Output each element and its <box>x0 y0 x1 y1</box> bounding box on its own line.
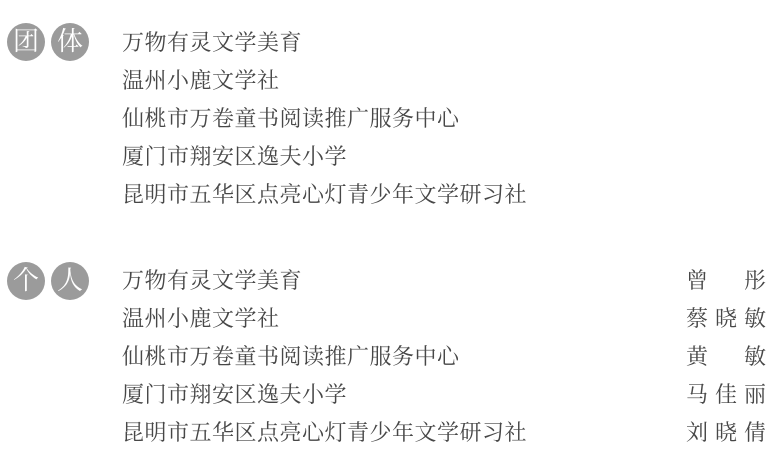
list-item: 昆明市五华区点亮心灯青少年文学研习社 <box>122 174 766 212</box>
org-name: 温州小鹿文学社 <box>122 64 280 95</box>
list-item: 仙桃市万卷童书阅读推广服务中心 <box>122 98 766 136</box>
org-name: 万物有灵文学美育 <box>122 264 302 295</box>
badge-char-ti: 体 <box>51 23 89 61</box>
list-item: 温州小鹿文学社 <box>122 60 766 98</box>
list-item: 厦门市翔安区逸夫小学 马佳丽 <box>122 374 766 412</box>
org-name: 仙桃市万卷童书阅读推广服务中心 <box>122 102 460 133</box>
individual-section-badge: 个 人 <box>7 262 89 300</box>
person-name: 刘晓倩 <box>686 416 766 447</box>
list-item: 万物有灵文学美育 <box>122 22 766 60</box>
org-name: 万物有灵文学美育 <box>122 26 302 57</box>
group-list: 万物有灵文学美育 温州小鹿文学社 仙桃市万卷童书阅读推广服务中心 厦门市翔安区逸… <box>122 22 766 212</box>
org-name: 厦门市翔安区逸夫小学 <box>122 140 347 171</box>
award-list-page: 团 体 万物有灵文学美育 温州小鹿文学社 仙桃市万卷童书阅读推广服务中心 厦门市… <box>0 0 779 475</box>
person-name: 蔡晓敏 <box>686 302 766 333</box>
list-item: 昆明市五华区点亮心灯青少年文学研习社 刘晓倩 <box>122 412 766 450</box>
group-section-badge: 团 体 <box>7 23 89 61</box>
org-name: 仙桃市万卷童书阅读推广服务中心 <box>122 340 460 371</box>
person-name: 曾 彤 <box>686 264 766 295</box>
org-name: 昆明市五华区点亮心灯青少年文学研习社 <box>122 178 527 209</box>
individual-list: 万物有灵文学美育 曾 彤 温州小鹿文学社 蔡晓敏 仙桃市万卷童书阅读推广服务中心… <box>122 260 766 450</box>
badge-char-ge: 个 <box>7 262 45 300</box>
list-item: 万物有灵文学美育 曾 彤 <box>122 260 766 298</box>
list-item: 仙桃市万卷童书阅读推广服务中心 黄 敏 <box>122 336 766 374</box>
badge-char-tuan: 团 <box>7 23 45 61</box>
badge-char-ren: 人 <box>51 262 89 300</box>
list-item: 厦门市翔安区逸夫小学 <box>122 136 766 174</box>
org-name: 温州小鹿文学社 <box>122 302 280 333</box>
org-name: 厦门市翔安区逸夫小学 <box>122 378 347 409</box>
person-name: 马佳丽 <box>686 378 766 409</box>
person-name: 黄 敏 <box>686 340 766 371</box>
list-item: 温州小鹿文学社 蔡晓敏 <box>122 298 766 336</box>
org-name: 昆明市五华区点亮心灯青少年文学研习社 <box>122 416 527 447</box>
